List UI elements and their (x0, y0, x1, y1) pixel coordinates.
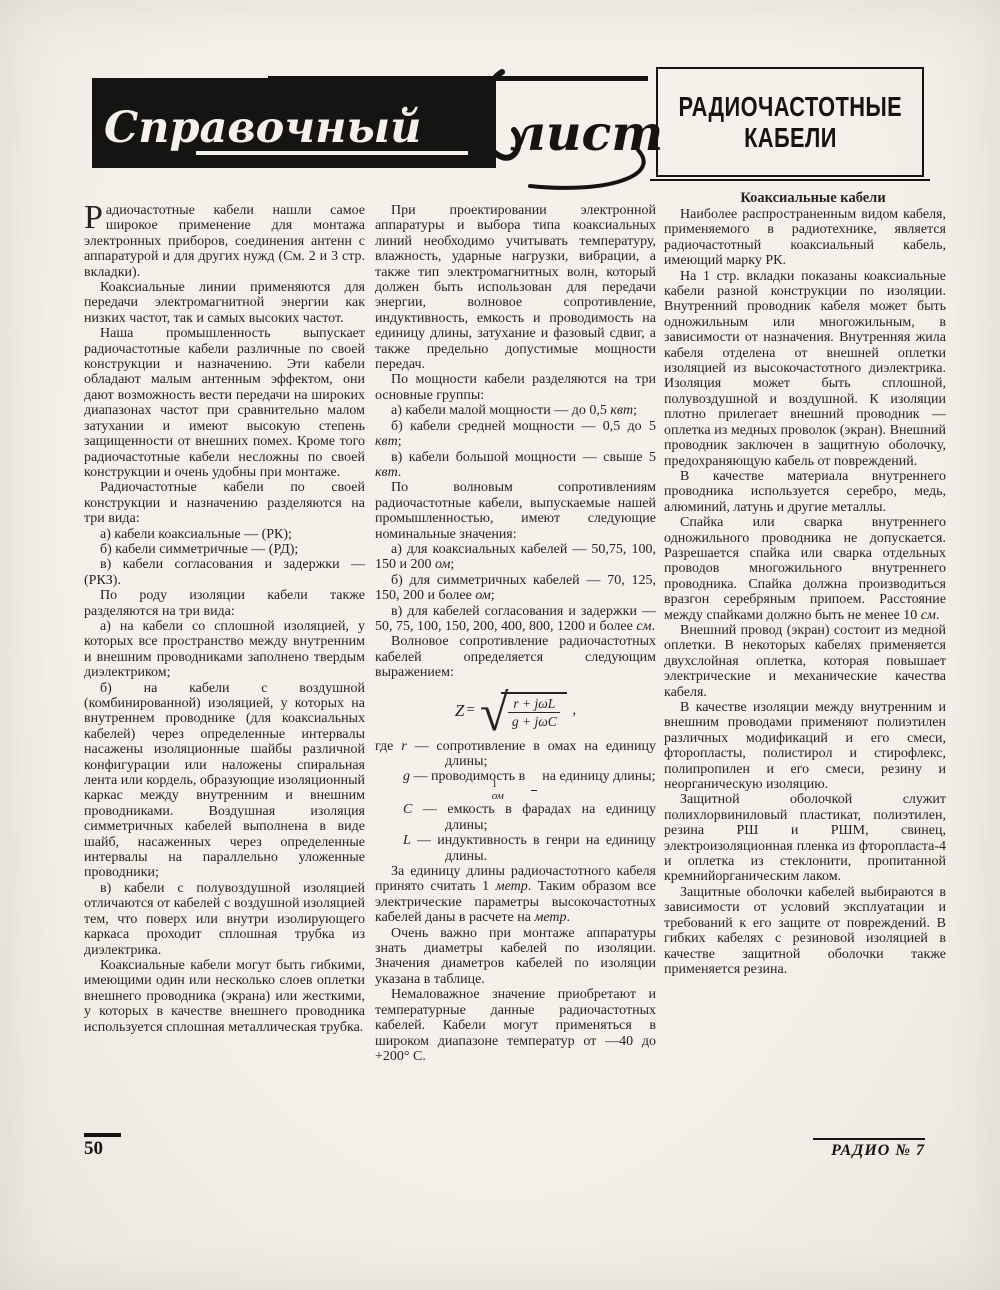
impedance-formula: Z = √ r + jωL g + jωC , (375, 688, 656, 734)
radical-content: r + jωL g + jωC (501, 692, 567, 729)
logo-script-word1: Справочный (104, 103, 421, 153)
paragraph: По роду изоляции кабели также разделяютс… (84, 588, 365, 619)
paragraph: За единицу длины радиочастотного кабеля … (375, 864, 656, 926)
paragraph: Радиочастотные кабели по своей конструкц… (84, 480, 365, 526)
list-item: б) на кабели с воздушной (комбинированно… (84, 681, 365, 881)
list-item: в) кабели согласования и задержки — (РКЗ… (84, 557, 365, 588)
formula-comma: , (572, 703, 576, 718)
paragraph: Защитной оболочкой служит полихлорвинило… (664, 792, 946, 884)
paragraph: Радиочастотные кабели нашли самое широко… (84, 203, 365, 280)
list-item: а) кабели малой мощности — до 0,5 квт; (375, 403, 656, 418)
drop-cap: Р (84, 203, 106, 231)
list-item: а) для коаксиальных кабелей — 50,75, 100… (375, 542, 656, 573)
column-2: При проектировании электронной аппаратур… (375, 203, 656, 1064)
paragraph: По волновым сопротивлениям радиочастотны… (375, 480, 656, 542)
page-number-rule (84, 1133, 121, 1137)
formula-fraction: r + jωL g + jωC (508, 696, 560, 729)
paragraph: В качестве изоляции между внутренним и в… (664, 700, 946, 792)
list-item: в) кабели большой мощности — свыше 5 квт… (375, 450, 656, 481)
paragraph: Коаксиальные линии применяются для перед… (84, 280, 365, 326)
list-item: а) кабели коаксиальные — (РК); (84, 527, 365, 542)
paragraph: Внешний провод (экран) состоит из медной… (664, 623, 946, 700)
list-item: в) для кабелей согласования и задержки —… (375, 604, 656, 635)
column-1: Радиочастотные кабели нашли самое широко… (84, 203, 365, 1035)
paragraph: На 1 стр. вкладки показаны коаксиальные … (664, 269, 946, 469)
page-number: 50 (84, 1138, 103, 1160)
formula-equals: = (466, 703, 474, 718)
list-item: в) кабели с полувоздушной изоляцией отли… (84, 881, 365, 958)
title-line-2: КАБЕЛИ (744, 124, 837, 152)
list-item: а) на кабели со сплошной изоляцией, у ко… (84, 619, 365, 681)
formula-definition-r: где r — сопротивление в омах на единицу … (375, 739, 656, 770)
fraction-denominator: g + jωC (512, 713, 557, 729)
paragraph: Защитные оболочки кабелей выбираются в з… (664, 885, 946, 977)
paragraph: Немаловажное значение приобретают и темп… (375, 987, 656, 1064)
title-box: РАДИОЧАСТОТНЫЕ КАБЕЛИ (656, 67, 924, 177)
paragraph: Коаксиальные кабели могут быть гибкими, … (84, 958, 365, 1035)
formula-lhs: Z (455, 703, 464, 718)
paragraph: Наиболее распространенным видом кабеля, … (664, 207, 946, 269)
inline-fraction: 1ом (531, 779, 537, 802)
column-3: Коаксиальные кабели Наиболее распростран… (664, 190, 946, 977)
radical-sign: √ (480, 694, 509, 734)
paragraph: Спайка или сварка внутреннего одножильно… (664, 515, 946, 623)
title-box-rule (650, 179, 930, 181)
title-line-1: РАДИОЧАСТОТНЫЕ (678, 93, 902, 121)
section-heading: Коаксиальные кабели (664, 190, 946, 207)
list-item: б) для симметричных кабелей — 70, 125, 1… (375, 573, 656, 604)
formula-definition-g: g — проводимость в 1ом на единицу длины; (375, 769, 656, 802)
paragraph: При проектировании электронной аппаратур… (375, 203, 656, 372)
list-item: б) кабели средней мощности — 0,5 до 5 кв… (375, 419, 656, 450)
paragraph: Наша промышленность выпускает радиочасто… (84, 326, 365, 480)
journal-title: РАДИО № 7 (805, 1142, 925, 1160)
journal-rule (813, 1138, 925, 1140)
magazine-page: Справочный листок РАДИОЧАСТОТНЫЕ КАБЕЛИ … (0, 0, 1000, 1290)
masthead-underline (196, 151, 468, 155)
masthead-logo: Справочный листок (78, 58, 663, 198)
formula-definition-l: L — индуктивность в генри на единицу дли… (375, 833, 656, 864)
paragraph: Волновое сопротивление радиочастотных ка… (375, 634, 656, 680)
paragraph: По мощности кабели разделяются на три ос… (375, 372, 656, 403)
formula-definition-c: C — емкость в фарадах на единицу длины; (375, 802, 656, 833)
paragraph: Очень важно при монтаже аппаратуры знать… (375, 926, 656, 988)
list-item: б) кабели симметричные — (РД); (84, 542, 365, 557)
fraction-numerator: r + jωL (508, 696, 560, 713)
paragraph: В качестве материала внутреннего проводн… (664, 469, 946, 515)
